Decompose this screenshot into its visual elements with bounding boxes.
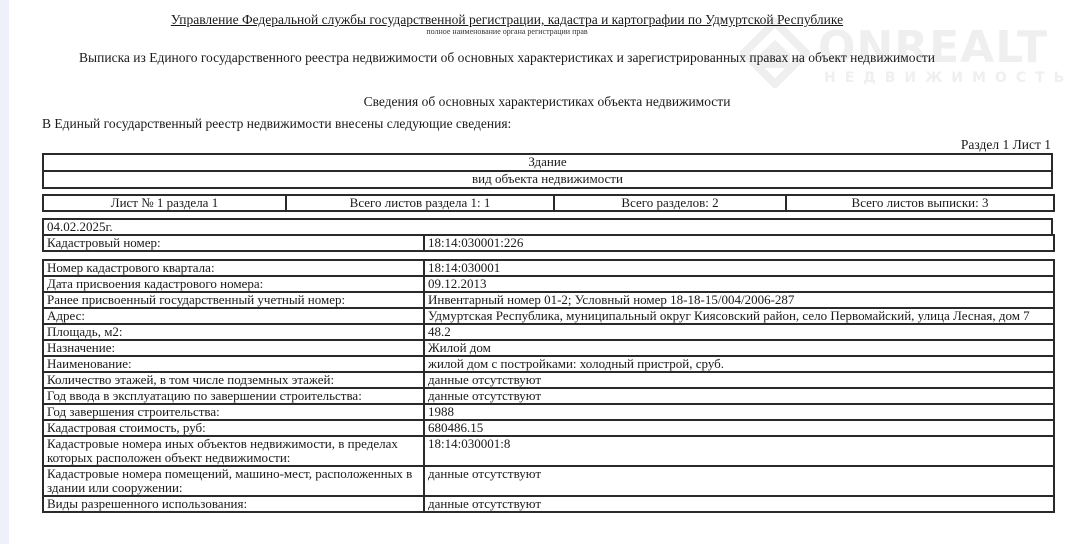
table-row: Кадастровая стоимость, руб:680486.15 [43, 420, 1054, 436]
row-value: Инвентарный номер 01-2; Условный номер 1… [424, 292, 1054, 308]
row-value: 48.2 [424, 324, 1054, 340]
row-value: 18:14:030001:8 [424, 436, 1054, 466]
cadastral-number-table: Кадастровый номер: 18:14:030001:226 [42, 234, 1055, 252]
object-type-caption: вид объекта недвижимости [43, 171, 1052, 188]
row-label: Виды разрешенного использования: [43, 496, 424, 512]
table-row: Номер кадастрового квартала:18:14:030001 [43, 260, 1054, 276]
object-type: Здание [43, 154, 1052, 171]
sheet-reference: Раздел 1 Лист 1 [961, 137, 1051, 153]
row-value: данные отсутствуют [424, 496, 1054, 512]
row-value: 18:14:030001 [424, 260, 1054, 276]
section-sheets-total: Всего листов раздела 1: 1 [286, 195, 554, 211]
row-label: Год завершения строительства: [43, 404, 424, 420]
authority-caption: полное наименование органа регистрации п… [0, 27, 1014, 36]
row-value: данные отсутствуют [424, 466, 1054, 496]
row-value: 680486.15 [424, 420, 1054, 436]
authority-name: Управление Федеральной службы государств… [0, 12, 1014, 28]
table-row: Назначение:Жилой дом [43, 340, 1054, 356]
row-label: Дата присвоения кадастрового номера: [43, 276, 424, 292]
row-label: Кадастровые номера помещений, машино-мес… [43, 466, 424, 496]
sheets-info-table: Лист № 1 раздела 1 Всего листов раздела … [42, 194, 1055, 212]
table-row: Кадастровые номера иных объектов недвижи… [43, 436, 1054, 466]
table-row: Дата присвоения кадастрового номера:09.1… [43, 276, 1054, 292]
table-row: Кадастровые номера помещений, машино-мес… [43, 466, 1054, 496]
row-value: жилой дом с постройками: холодный пристр… [424, 356, 1054, 372]
cadastral-number-label: Кадастровый номер: [43, 235, 424, 251]
row-label: Количество этажей, в том числе подземных… [43, 372, 424, 388]
row-value: 1988 [424, 404, 1054, 420]
row-label: Год ввода в эксплуатацию по завершении с… [43, 388, 424, 404]
row-value: данные отсутствуют [424, 372, 1054, 388]
table-row: Виды разрешенного использования:данные о… [43, 496, 1054, 512]
row-value: 09.12.2013 [424, 276, 1054, 292]
row-value: данные отсутствуют [424, 388, 1054, 404]
object-type-table: Здание вид объекта недвижимости [42, 153, 1053, 189]
sheet-number: Лист № 1 раздела 1 [43, 195, 286, 211]
extract-date: 04.02.2025г. [43, 219, 1052, 235]
table-row: Количество этажей, в том числе подземных… [43, 372, 1054, 388]
row-label: Кадастровые номера иных объектов недвижи… [43, 436, 424, 466]
characteristics-table: Номер кадастрового квартала:18:14:030001… [42, 259, 1055, 513]
viewer-left-strip [0, 0, 9, 544]
extract-sheets-total: Всего листов выписки: 3 [786, 195, 1054, 211]
table-row: Год завершения строительства:1988 [43, 404, 1054, 420]
extract-title: Выписка из Единого государственного реес… [0, 50, 1014, 66]
table-row: Год ввода в эксплуатацию по завершении с… [43, 388, 1054, 404]
cadastral-number-value: 18:14:030001:226 [424, 235, 1054, 251]
row-label: Назначение: [43, 340, 424, 356]
row-label: Ранее присвоенный государственный учетны… [43, 292, 424, 308]
section-title: Сведения об основных характеристиках объ… [0, 94, 1070, 110]
row-label: Площадь, м2: [43, 324, 424, 340]
table-row: Ранее присвоенный государственный учетны… [43, 292, 1054, 308]
sections-total: Всего разделов: 2 [554, 195, 786, 211]
table-row: Площадь, м2:48.2 [43, 324, 1054, 340]
row-label: Адрес: [43, 308, 424, 324]
table-row: Наименование:жилой дом с постройками: хо… [43, 356, 1054, 372]
watermark-sub: НЕДВИЖИМОСТЬ [824, 70, 1070, 86]
row-value: Удмуртская Республика, муниципальный окр… [424, 308, 1054, 324]
row-value: Жилой дом [424, 340, 1054, 356]
row-label: Номер кадастрового квартала: [43, 260, 424, 276]
table-row: Адрес:Удмуртская Республика, муниципальн… [43, 308, 1054, 324]
intro-text: В Единый государственный реестр недвижим… [42, 116, 511, 132]
row-label: Кадастровая стоимость, руб: [43, 420, 424, 436]
row-label: Наименование: [43, 356, 424, 372]
